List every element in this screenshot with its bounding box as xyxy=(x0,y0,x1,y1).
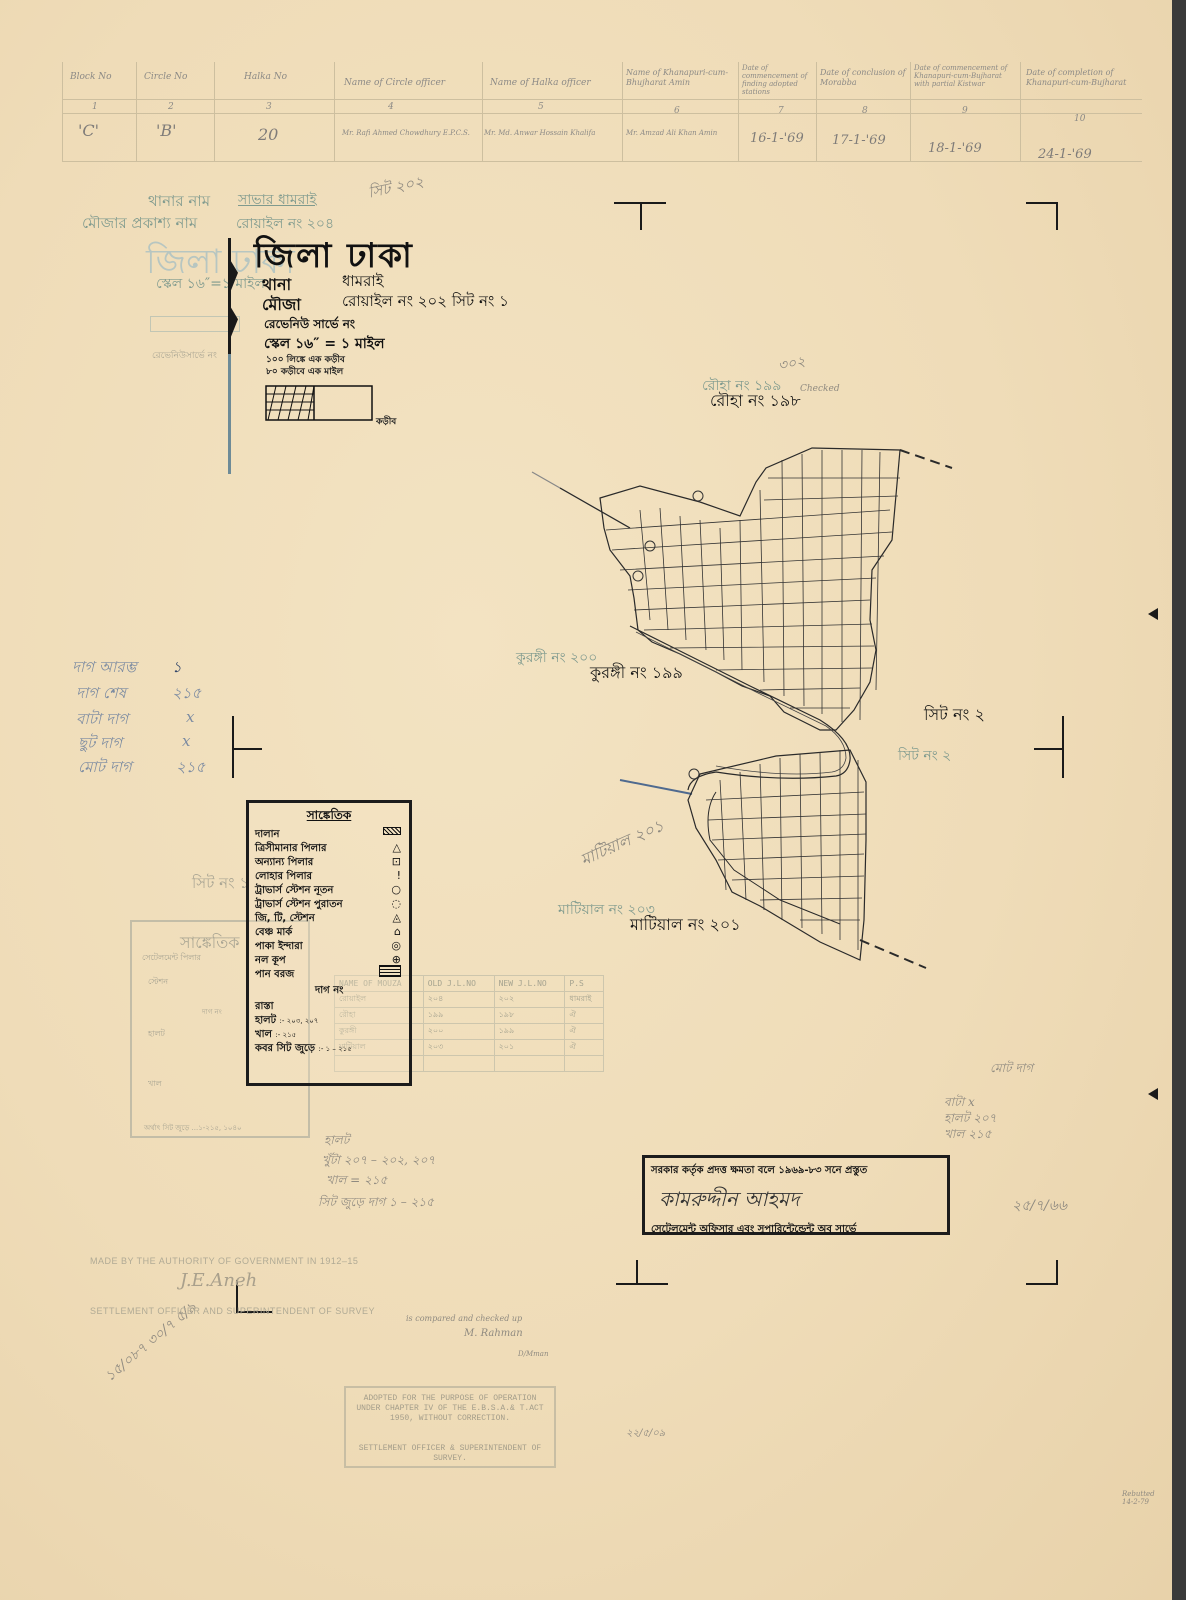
col-number: 10 xyxy=(1074,114,1085,124)
authority-officer: SETTLEMENT OFFICER AND SUPERINTENDENT OF… xyxy=(90,1306,375,1316)
header-kistwar: Date of commencement of Khanapuri-cum-Bu… xyxy=(914,64,1018,88)
ghost-sheet-label: সিট নং ১ xyxy=(192,872,249,897)
village-plot-map xyxy=(520,420,980,980)
circle-icon: ○ xyxy=(391,883,401,896)
edge-notch xyxy=(1148,608,1158,620)
header-completion: Date of completion of Khanapuri-cum-Bujh… xyxy=(1026,68,1138,88)
east-label: সিট নং ২ xyxy=(924,702,985,729)
mouza-value: রোয়াইল নং ২০২ সিট নং ১ xyxy=(342,290,509,315)
col-number: 7 xyxy=(778,106,784,116)
certificate-line-1: সরকার কর্তৃক প্রদত্ত ক্ষমতা বলে ১৯৬৯-৮৩ … xyxy=(651,1163,941,1180)
north-label: রৌহা নং ১৯৮ xyxy=(710,388,801,415)
summary-row: দাগ শেষ ২১৫ xyxy=(76,682,126,707)
value-date-completion: 24-1-'69 xyxy=(1038,150,1092,160)
legend-item-betel-garden: পান বরজ xyxy=(255,967,294,984)
title-edge-line xyxy=(228,354,231,474)
header-circle-officer: Name of Circle officer xyxy=(344,78,474,88)
pencil-top-note: ৩০২ xyxy=(776,350,807,378)
register-table: Block No Circle No Halka No Name of Circ… xyxy=(62,62,1142,162)
header-halka-no: Halka No xyxy=(244,72,324,82)
ghost-revenue-survey: রেভেনিউসার্ভে নং xyxy=(152,348,217,363)
header-block-no: Block No xyxy=(70,72,130,82)
summary-row: মোট দাগ ২১৫ xyxy=(78,756,132,781)
col-number: 3 xyxy=(266,102,272,112)
ghost-scale-bar xyxy=(150,316,240,332)
certificate-signature: কামরুদ্দীন আহমদ xyxy=(659,1185,947,1218)
pencil-date: ২৫/৭/৬৬ xyxy=(1012,1194,1067,1218)
col-number: 5 xyxy=(538,102,544,112)
scale-bar-graphic xyxy=(264,384,376,424)
pencil-sheet-note: সিট ২০২ xyxy=(366,170,426,206)
value-circle-officer: Mr. Rafi Ahmed Chowdhury E.P.C.S. xyxy=(342,128,482,138)
betel-garden-icon xyxy=(379,965,401,977)
hatched-rect-icon xyxy=(383,827,401,835)
col-number: 1 xyxy=(92,102,98,112)
ghost-scale: স্কেল ১৬″=১ মাইল xyxy=(156,272,265,296)
certificate-line-3: সেটেলমেন্ট অফিসার এবং সুপারিন্টেন্ডেন্ট … xyxy=(651,1222,941,1239)
parcel-grid xyxy=(606,450,900,950)
value-date-morabba: 17-1-'69 xyxy=(832,136,886,146)
certificate-box: সরকার কর্তৃক প্রদত্ত ক্ষমতা বলে ১৯৬৯-৮৩ … xyxy=(642,1155,950,1235)
value-amin: Mr. Amzad Ali Khan Amin xyxy=(626,128,736,138)
register-number-row xyxy=(62,100,1142,114)
west-label: কুরঙ্গী নং ১৯৯ xyxy=(590,660,683,687)
summary-row: ছুট দাগ x xyxy=(78,732,122,757)
east-ghost-label: সিট নং ২ xyxy=(898,744,951,768)
authority-signature: J.E.Aneh xyxy=(180,1270,257,1291)
gt-triangle-icon: ◬ xyxy=(393,911,401,924)
col-number: 8 xyxy=(862,106,868,116)
iron-pillar-icon: ! xyxy=(397,869,401,882)
dotted-circle-icon: ◌ xyxy=(391,897,401,910)
value-block-no: 'C' xyxy=(78,126,99,136)
col-number: 6 xyxy=(674,106,680,116)
header-amin: Name of Khanapuri-cum-Bhujharat Amin xyxy=(626,68,736,88)
summary-row: বাটা দাগ x xyxy=(76,708,128,733)
square-dot-icon: ⊡ xyxy=(392,855,401,868)
south-label: মাটিয়াল নং ২০১ xyxy=(630,912,741,939)
col-number: 4 xyxy=(388,102,394,112)
col-number: 9 xyxy=(962,106,968,116)
value-date-kistwar: 18-1-'69 xyxy=(928,144,982,154)
value-date-stations: 16-1-'69 xyxy=(750,134,804,144)
value-halka-officer: Mr. Md. Anwar Hossain Khalifa xyxy=(484,128,622,138)
authority-made-by: MADE BY THE AUTHORITY OF GOVERNMENT IN 1… xyxy=(90,1256,358,1266)
legend-dag-heading: দাগ নং xyxy=(315,983,343,1000)
header-halka-officer: Name of Halka officer xyxy=(490,78,618,88)
header-adopted-stations: Date of commencement of finding adopted … xyxy=(742,64,816,96)
adopted-stamp: ADOPTED FOR THE PURPOSE OF OPERATION UND… xyxy=(344,1386,556,1468)
legend-grave: কবর সিট জুড়ে :- ১ – ২১৫ xyxy=(255,1041,352,1058)
legend-title: সাঙ্কেতিক xyxy=(249,807,409,827)
ghost-thana-value: সাভার ধামরাই xyxy=(238,188,317,212)
triangle-icon: △ xyxy=(393,841,401,854)
value-halka-no: 20 xyxy=(258,130,278,140)
bench-mark-icon: ⌂ xyxy=(394,925,401,938)
map-legend: সাঙ্কেতিক দালান ত্রিসীমানার পিলার △ অন্য… xyxy=(246,800,412,1086)
summary-row: দাগ আরম্ভ ১ xyxy=(72,656,136,681)
col-number: 2 xyxy=(168,102,174,112)
header-morabba: Date of conclusion of Morabba xyxy=(820,68,910,88)
well-icon: ◎ xyxy=(391,939,401,952)
checked-note: Checked xyxy=(800,384,840,394)
cadastral-map-sheet: Block No Circle No Halka No Name of Circ… xyxy=(0,0,1172,1600)
west-ghost-label: কুরঙ্গী নং ২০০ xyxy=(516,646,597,670)
edge-notch xyxy=(1148,1088,1158,1100)
scale-note-2: ৮০ কড়ীবে এক মাইল xyxy=(266,364,343,379)
mouza-label: মৌজা xyxy=(262,292,301,319)
ghost-mouza-label: মৌজার প্রকাশ্য নাম xyxy=(82,212,197,237)
header-circle-no: Circle No xyxy=(144,72,210,82)
value-circle-no: 'B' xyxy=(156,126,177,136)
scale-bar-unit: কড়ীব xyxy=(376,414,396,429)
